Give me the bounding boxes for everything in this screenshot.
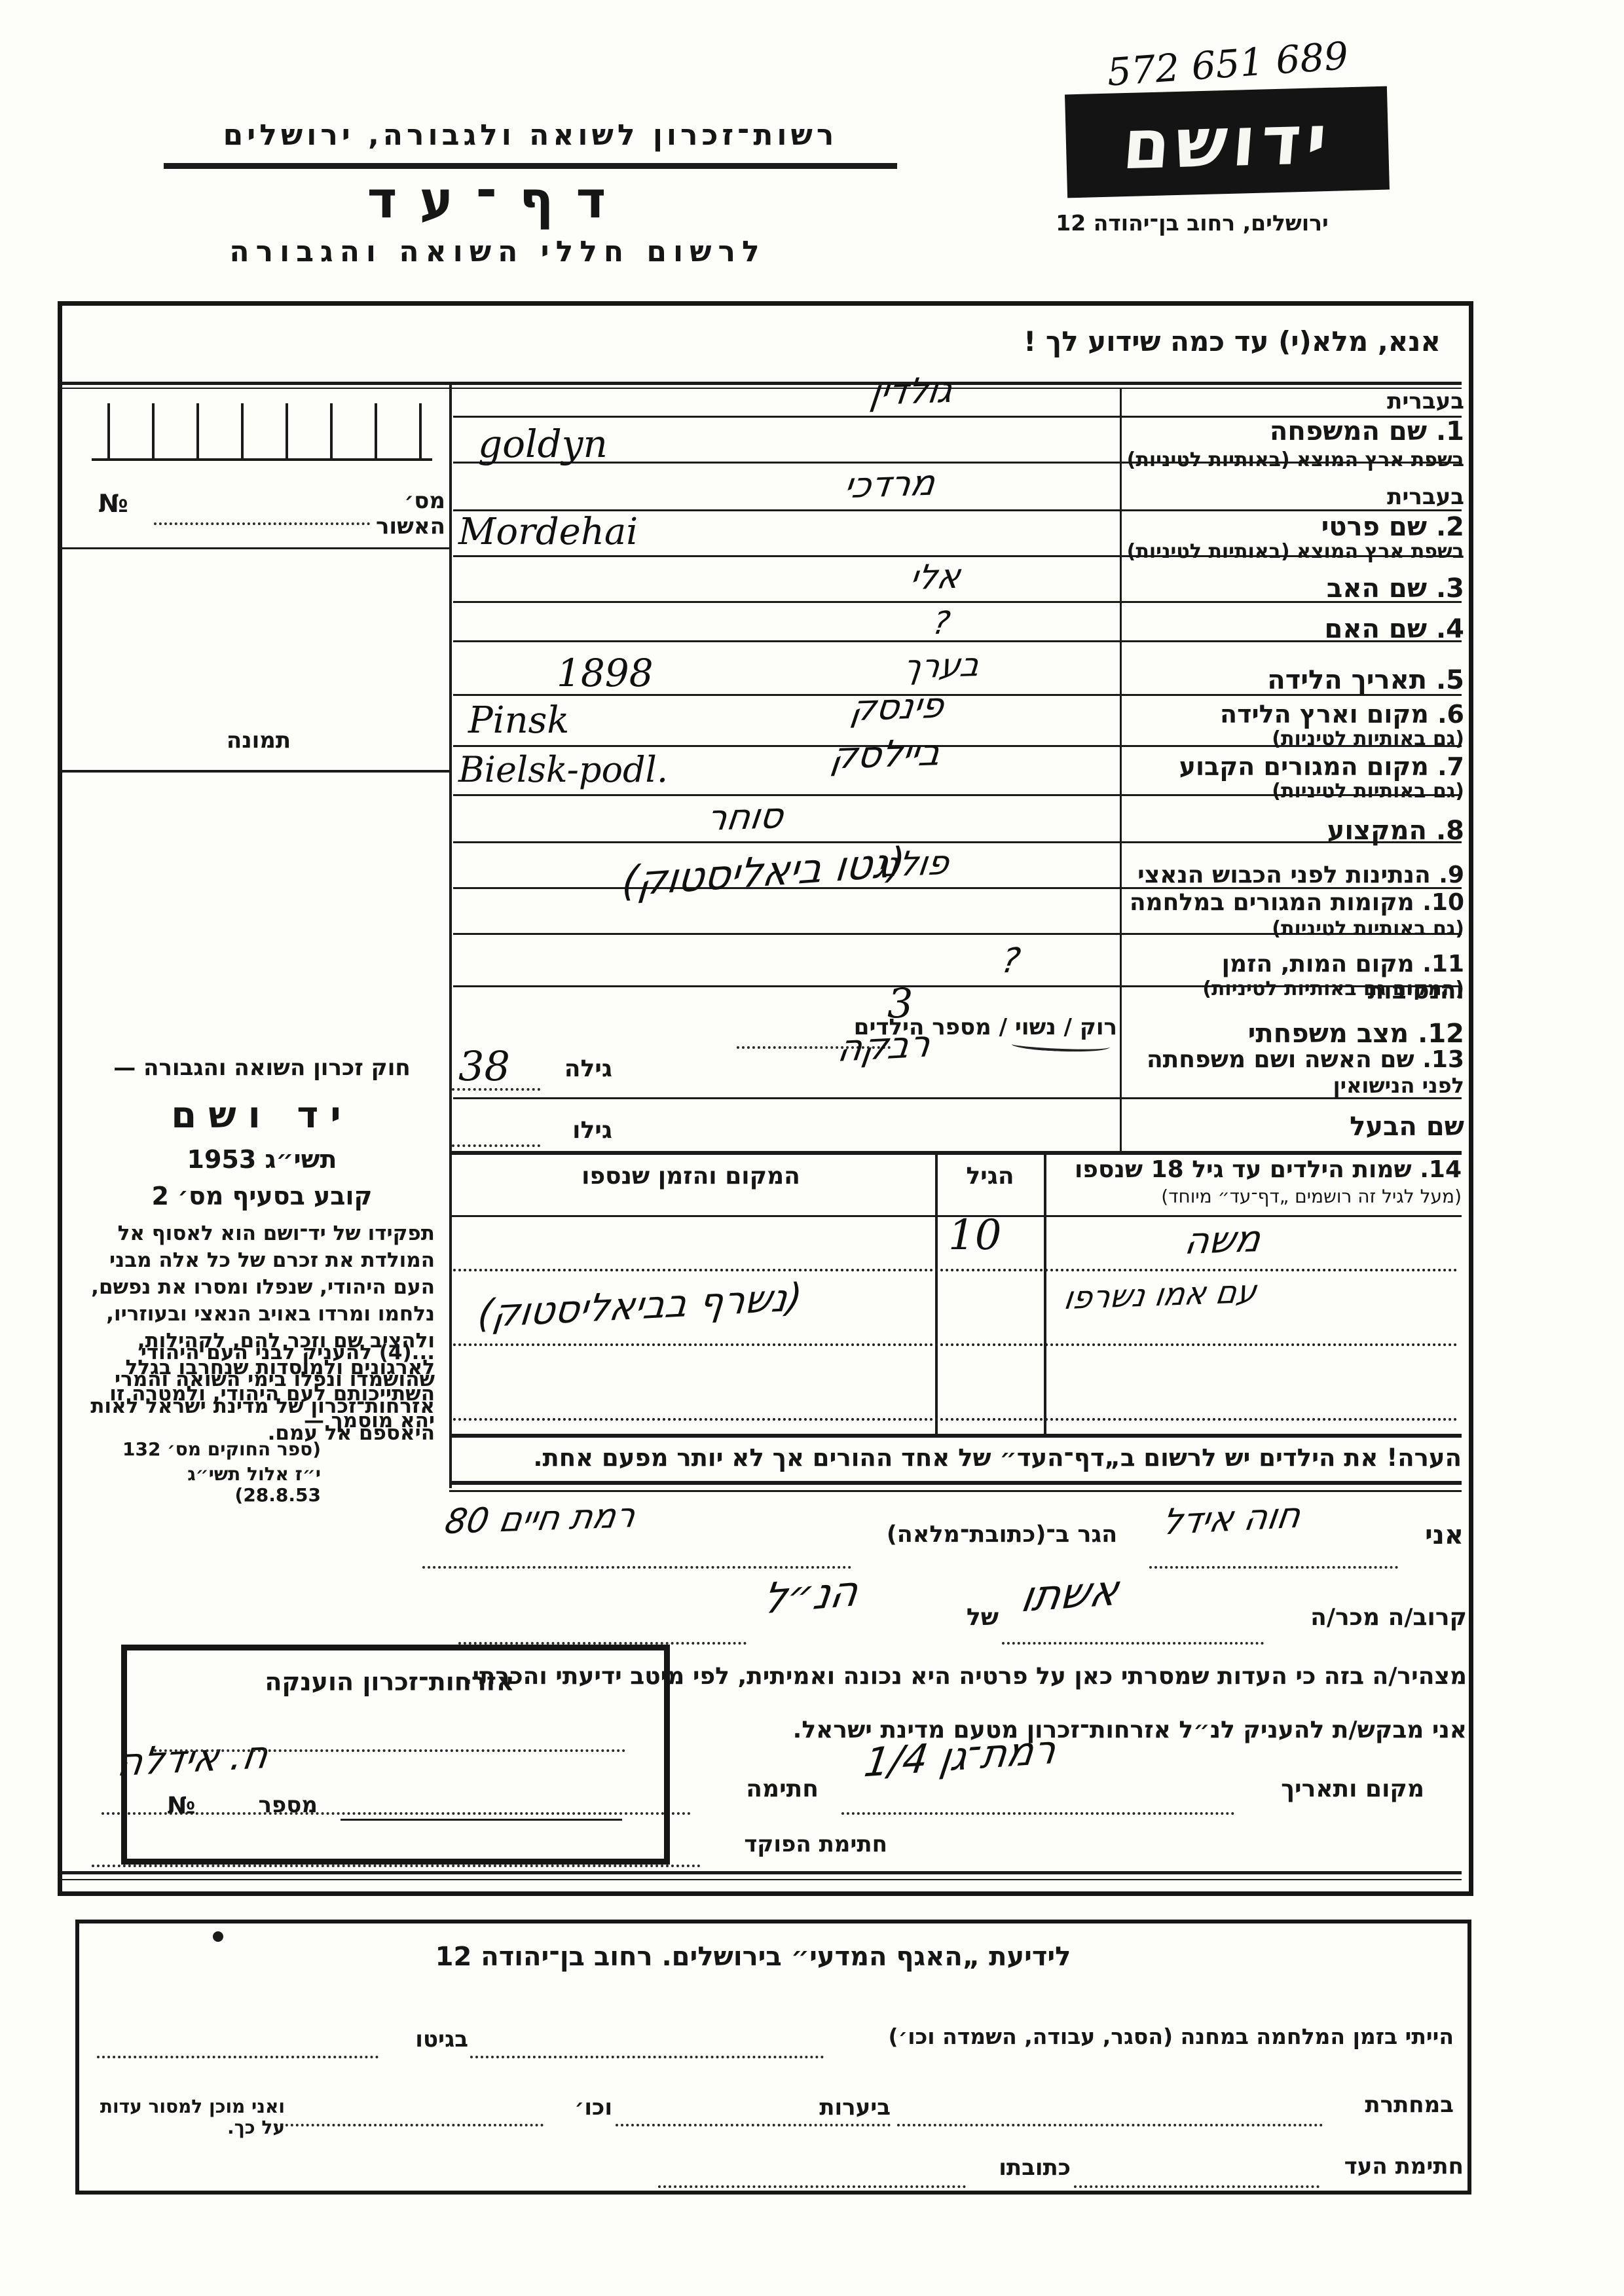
declaration-relation: קרוב/ה מכר/ה	[1277, 1604, 1467, 1631]
declarant-address-blank	[422, 1566, 851, 1569]
hw-child-age: 10	[948, 1211, 1001, 1260]
marital-status-line: רוק / נשוי / מספר הילדים	[779, 1015, 1117, 1040]
law-reference: (ספר החוקים מס׳ 132	[98, 1439, 321, 1460]
hw-child-name: משה	[1182, 1218, 1263, 1263]
clerk-signature-blank	[92, 1865, 701, 1867]
law-title: חוק זכרון השואה והגבורה —	[92, 1055, 432, 1081]
h w-her-age: 38	[458, 1042, 510, 1090]
field9-label: 9. הנתינות לפני הכבוש הנאצי	[1126, 862, 1464, 888]
declaration-i: אני	[1401, 1520, 1464, 1550]
photo-label: תמונה	[190, 728, 327, 754]
approval-number-sign: №	[98, 490, 144, 519]
granted-number-sign: №	[167, 1793, 216, 1819]
table-place-header: המקום והזמן שנספו	[458, 1163, 923, 1190]
rule-line	[453, 1097, 1462, 1099]
law-reference-date: י״ז אלול תשי״ג 28.8.53)	[98, 1464, 321, 1506]
rule-line	[449, 1481, 1462, 1485]
table-vertical	[1044, 1151, 1046, 1436]
authority-title: רשות־זכרון לשואה ולגבורה, ירושלים	[164, 119, 897, 169]
signature-label: חתימה	[707, 1776, 819, 1802]
field6-sub: (גם באותיות לטיניות)	[1126, 728, 1464, 751]
approval-number-label: מס׳ האשור	[327, 488, 445, 539]
granted-number-line	[341, 1819, 622, 1821]
rule-line	[60, 770, 449, 773]
rule-line	[60, 1871, 1462, 1874]
field1-pre: בעברית	[1126, 389, 1464, 414]
field4-label: 4. שם האם	[1126, 614, 1464, 644]
hw-given-name-hebrew: מרדכי	[841, 462, 938, 507]
declarant-name-blank	[1149, 1566, 1398, 1569]
place-date-blank	[841, 1812, 1234, 1815]
hw-child-note: עם אמו נשרפו	[1061, 1273, 1259, 1317]
footer-ready-to-testify: ואני מוכן למסור עדות על כך.	[88, 2096, 285, 2138]
footer-title: לידיעת „האגף המדעי״ בירושלים. רחוב בן־יה…	[262, 1942, 1244, 1972]
declaration-of: של	[943, 1604, 999, 1631]
footer-underground-label: במחתרת	[1333, 2092, 1454, 2118]
footer-war-line: הייתי בזמן המלחמה במחנה (הסגר, עבודה, הש…	[832, 2024, 1454, 2049]
witness-signature-blank	[1074, 2185, 1319, 2188]
field1-sub: בשפת ארץ המוצא (באותיות לטיניות)	[1126, 449, 1464, 472]
rule-line	[449, 1490, 1462, 1492]
field8-label: 8. המקצוע	[1126, 816, 1464, 846]
declaration-living-at: הגר ב־(כתובת־מלאה)	[861, 1522, 1143, 1548]
hw-wife-name: רבקה	[835, 1023, 934, 1070]
hw-declarant-address: רמת חיים 80	[442, 1496, 638, 1542]
hw-birth-place-latin: Pinsk	[468, 699, 569, 742]
logo-text: ידושם	[1120, 100, 1335, 185]
granted-number-label: מספר	[226, 1793, 318, 1818]
clerk-signature-label: חתימת הפוקד	[710, 1832, 887, 1857]
table-row-line	[453, 1343, 1458, 1346]
print-mark	[213, 1931, 223, 1942]
rule-line	[60, 1879, 1462, 1880]
testimony-page-scan: 572 651 689 רשות־זכרון לשואה ולגבורה, יר…	[0, 0, 1624, 2296]
hw-birth-place-hebrew: פינסק	[848, 685, 946, 729]
declaration-request: אני מבקש/ת להעניק לנ״ל אזרחות־זכרון מטעם…	[707, 1717, 1467, 1743]
his-age-blank	[452, 1144, 540, 1147]
hw-given-name-latin: Mordehai	[458, 511, 638, 553]
note-line: הערה! את הילדים יש לרשום ב„דף־העד״ של אח…	[453, 1444, 1462, 1472]
field14-sub: (מעל לגיל זה רושמים „דף־עד״ מיוחד)	[1052, 1186, 1462, 1207]
etc-blank	[275, 2124, 544, 2126]
field10-sub: (גם באותיות לטיניות)	[1126, 918, 1464, 941]
field2-sub: בשפת ארץ המוצא (באותיות לטיניות)	[1126, 541, 1464, 564]
granted-title: אזרחות־זכרון הוענקה	[141, 1668, 638, 1697]
hw-residence-latin: Bielsk-podl.	[458, 749, 668, 790]
hw-relation: אשתו	[1018, 1566, 1123, 1622]
table-row-line	[453, 1269, 1458, 1271]
yad-vashem-logo: ידושם	[1065, 86, 1390, 198]
camp-blank	[470, 2056, 824, 2058]
table-top-border	[449, 1151, 1462, 1155]
field7-label: 7. מקום המגורים הקבוע	[1126, 753, 1464, 782]
table-age-header: הגיל	[938, 1163, 1043, 1190]
her-age-label: גילה	[540, 1055, 612, 1082]
rule-line	[60, 547, 449, 549]
footer-ghetto-label: בגיטו	[386, 2027, 468, 2052]
hw-residence-hebrew: ביילסק	[828, 731, 943, 778]
field6-label: 6. מקום וארץ הלידה	[1126, 701, 1464, 729]
hw-family-name-hebrew: גולדין	[868, 369, 955, 413]
hw-father-name: אלי	[908, 557, 963, 598]
handwritten-ref-number: 572 651 689	[1105, 22, 1513, 94]
field10-label: 10. מקומות המגורים במלחמה	[1126, 889, 1464, 916]
footer-etc-label: וכו׳	[553, 2095, 612, 2121]
law-section: קובע בסעיף מס׳ 2	[92, 1182, 432, 1211]
field13-label: 13. שם האשה ושם משפחתה	[1126, 1046, 1464, 1073]
logo-address: ירושלים, רחוב בן־יהודה 12	[1014, 211, 1371, 236]
field13-sub: לפני הנישואין	[1126, 1074, 1464, 1098]
husband-label: שם הבעל	[1126, 1112, 1464, 1142]
place-date-label: מקום ותאריך	[1241, 1776, 1424, 1802]
form-subtitle: לרשום חללי השואה והגבורה	[216, 236, 779, 269]
hw-occupation: סוחר	[704, 795, 786, 839]
her-age-blank	[452, 1088, 540, 1091]
law-year: תשי״ג 1953	[92, 1146, 432, 1175]
hw-relation-of: הנ״ל	[759, 1567, 861, 1624]
ruler-ticks	[98, 403, 422, 458]
granted-blank	[154, 1749, 625, 1752]
field5-label: 5. תאריך הלידה	[1126, 665, 1464, 695]
hw-declarant-name: חוה אידל	[1159, 1494, 1304, 1543]
his-age-label: גילו	[540, 1117, 612, 1144]
table-vertical	[935, 1151, 938, 1436]
law-yad-vashem: יד ושם	[92, 1095, 432, 1137]
labels-divider	[1120, 388, 1122, 1152]
ghetto-blank	[97, 2056, 378, 2058]
hw-family-name-latin: goldyn	[478, 422, 608, 466]
column-divider	[449, 382, 452, 1488]
field3-label: 3. שם האב	[1126, 574, 1464, 604]
witness-signature-label: חתימת העד	[1326, 2154, 1464, 2179]
ruler-baseline	[92, 458, 432, 461]
field11-sub: (המקום גם באותיות לטיניות)	[1126, 978, 1464, 1001]
form-title: דף־עד	[354, 172, 642, 230]
field2-pre: בעברית	[1126, 484, 1464, 510]
footer-forests-label: ביערות	[779, 2095, 891, 2121]
law-clause: ...(4) להעניק לבני העם היהודי שהושמדו ונ…	[89, 1339, 435, 1447]
field12-label: 12. מצב משפחתי	[1126, 1019, 1464, 1049]
underground-blank	[897, 2124, 1323, 2126]
forests-blank	[616, 2124, 891, 2126]
hw-birth-year-note: בערך	[901, 646, 982, 686]
relation-blank	[1002, 1642, 1264, 1645]
field14-label: 14. שמות הילדים עד גיל 18 שנספו	[1052, 1156, 1462, 1183]
intro-line: אנא, מלא(י) עד כמה שידוע לך !	[917, 326, 1441, 357]
table-row-line	[453, 1418, 1458, 1421]
field1-label: 1. שם המשפחה	[1126, 416, 1464, 446]
field7-sub: (גם באותיות לטיניות)	[1126, 780, 1464, 803]
hw-birth-year: 1898	[557, 651, 654, 695]
table-bottom-border	[449, 1434, 1462, 1438]
field2-label: 2. שם פרטי	[1126, 512, 1464, 542]
witness-address-blank	[658, 2185, 966, 2188]
divider	[60, 382, 1462, 385]
witness-address-label: כתובתו	[972, 2155, 1071, 2181]
